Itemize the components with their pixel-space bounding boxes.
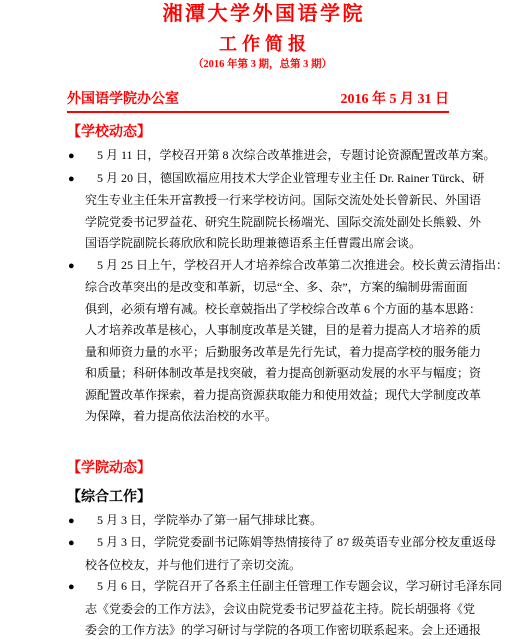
masthead: 外国语学院办公室 2016 年 5 月 31 日 xyxy=(67,92,449,113)
bullet-item: ●5 月 25 日上午，学校召开人才培养综合改革第二次推进会。校长黄云清指出： … xyxy=(0,255,525,428)
bullet-icon: ● xyxy=(68,169,97,191)
bullet-icon: ● xyxy=(68,533,97,555)
masthead-office: 外国语学院办公室 xyxy=(67,92,179,108)
line-text: 量和师资力量的水平；后勤服务改革是先行先试，着力提高学校的服务能力 xyxy=(85,342,525,364)
bullet-icon: ● xyxy=(68,256,97,278)
line-text: 志《党委会的工作方法》，会议由院党委书记罗益花主持。院长胡强将《党 xyxy=(85,599,525,621)
line-text: 5 月 6 日，学院召开了各系主任副主任管理工作专题会议，学习研讨毛泽东同 xyxy=(97,579,502,593)
bulletin-page: 湘潭大学外国语学院 工作简报 （2016 年第 3 期，总第 3 期） 外国语学… xyxy=(0,0,525,639)
general-work-list: ●5 月 3 日，学院举办了第一届气排球比赛。 ●5 月 3 日，学院党委副书记… xyxy=(0,510,525,639)
line-text: 源配置改革作探索，着力提高资源获取能力和使用效益；现代大学制度改革 xyxy=(85,385,525,407)
bullet-icon: ● xyxy=(68,511,97,533)
section-heading-general-work: 【综合工作】 xyxy=(67,489,525,506)
line-text: 和质量；科研体制改革是找突破，着力提高创新驱动发展的水平与幅度；资 xyxy=(85,363,525,385)
line-text: 5 月 3 日，学院举办了第一届气排球比赛。 xyxy=(97,513,322,527)
line-text: 俱到，必须有增有减。校长章兢指出了学校综合改革 6 个方面的基本思路： xyxy=(85,299,525,321)
line-text: 5 月 3 日，学院党委副书记陈娟等热情接待了 87 级英语专业部分校友重返母 xyxy=(97,535,496,549)
section-heading-college-news: 【学院动态】 xyxy=(67,460,525,477)
bullet-icon: ● xyxy=(68,577,97,599)
bullet-item: ●5 月 20 日，德国欧福应用技术大学企业管理专业主任 Dr. Rainer … xyxy=(0,168,525,255)
line-text: 国语学院副院长蒋欣欣和院长助理兼德语系主任曹霞出席会谈。 xyxy=(85,233,525,255)
line-text: 人才培养改革是核心，人事制度改革是关键，目的是着力提高人才培养的质 xyxy=(85,320,525,342)
bulleted-line: ●5 月 25 日上午，学校召开人才培养综合改革第二次推进会。校长黄云清指出： xyxy=(68,255,525,278)
bulleted-line: ●5 月 20 日，德国欧福应用技术大学企业管理专业主任 Dr. Rainer … xyxy=(68,168,525,191)
line-text: 为保障，着力提高依法治校的水平。 xyxy=(85,406,525,428)
line-text: 综合改革突出的是改变和革新，切忌“全、多、杂”，方案的编制毋需面面 xyxy=(85,277,525,299)
line-text: 委会的工作方法》的学习研讨与学院的各项工作密切联系起来。会上还通报 xyxy=(85,620,525,639)
line-text: 5 月 11 日，学校召开第 8 次综合改革推进会，专题讨论资源配置改革方案。 xyxy=(97,148,496,162)
bulleted-line: ●5 月 6 日，学院召开了各系主任副主任管理工作专题会议，学习研讨毛泽东同 xyxy=(68,576,525,599)
issue-info: （2016 年第 3 期，总第 3 期） xyxy=(0,59,525,71)
bullet-item: ●5 月 6 日，学院召开了各系主任副主任管理工作专题会议，学习研讨毛泽东同 志… xyxy=(0,576,525,639)
bullet-icon: ● xyxy=(68,146,97,168)
bullet-item: ●5 月 3 日，学院举办了第一届气排球比赛。 xyxy=(0,510,525,533)
line-text: 5 月 25 日上午，学校召开人才培养综合改革第二次推进会。校长黄云清指出： xyxy=(97,258,508,272)
bulleted-line: ●5 月 3 日，学院党委副书记陈娟等热情接待了 87 级英语专业部分校友重返母 xyxy=(68,532,525,555)
page-subtitle: 工作简报 xyxy=(0,34,525,54)
page-title: 湘潭大学外国语学院 xyxy=(0,3,525,25)
section-heading-school-news: 【学校动态】 xyxy=(67,124,525,141)
line-text: 学院党委书记罗益花、研究生院副院长杨端光、国际交流处副处长熊毅、外 xyxy=(85,212,525,234)
bullet-item: ●5 月 3 日，学院党委副书记陈娟等热情接待了 87 级英语专业部分校友重返母… xyxy=(0,532,525,576)
line-text: 究生专业主任朱开富教授一行来学校访问。国际交流处处长曾新民、外国语 xyxy=(85,190,525,212)
bullet-item: ●5 月 11 日，学校召开第 8 次综合改革推进会，专题讨论资源配置改革方案。 xyxy=(0,145,525,168)
bulleted-line: ●5 月 3 日，学院举办了第一届气排球比赛。 xyxy=(68,510,525,533)
line-text: 5 月 20 日，德国欧福应用技术大学企业管理专业主任 Dr. Rainer T… xyxy=(97,171,484,185)
line-text: 校各位校友，并与他们进行了亲切交流。 xyxy=(85,555,525,577)
school-news-list: ●5 月 11 日，学校召开第 8 次综合改革推进会，专题讨论资源配置改革方案。… xyxy=(0,145,525,428)
masthead-date: 2016 年 5 月 31 日 xyxy=(341,92,450,108)
bulleted-line: ●5 月 11 日，学校召开第 8 次综合改革推进会，专题讨论资源配置改革方案。 xyxy=(68,145,525,168)
